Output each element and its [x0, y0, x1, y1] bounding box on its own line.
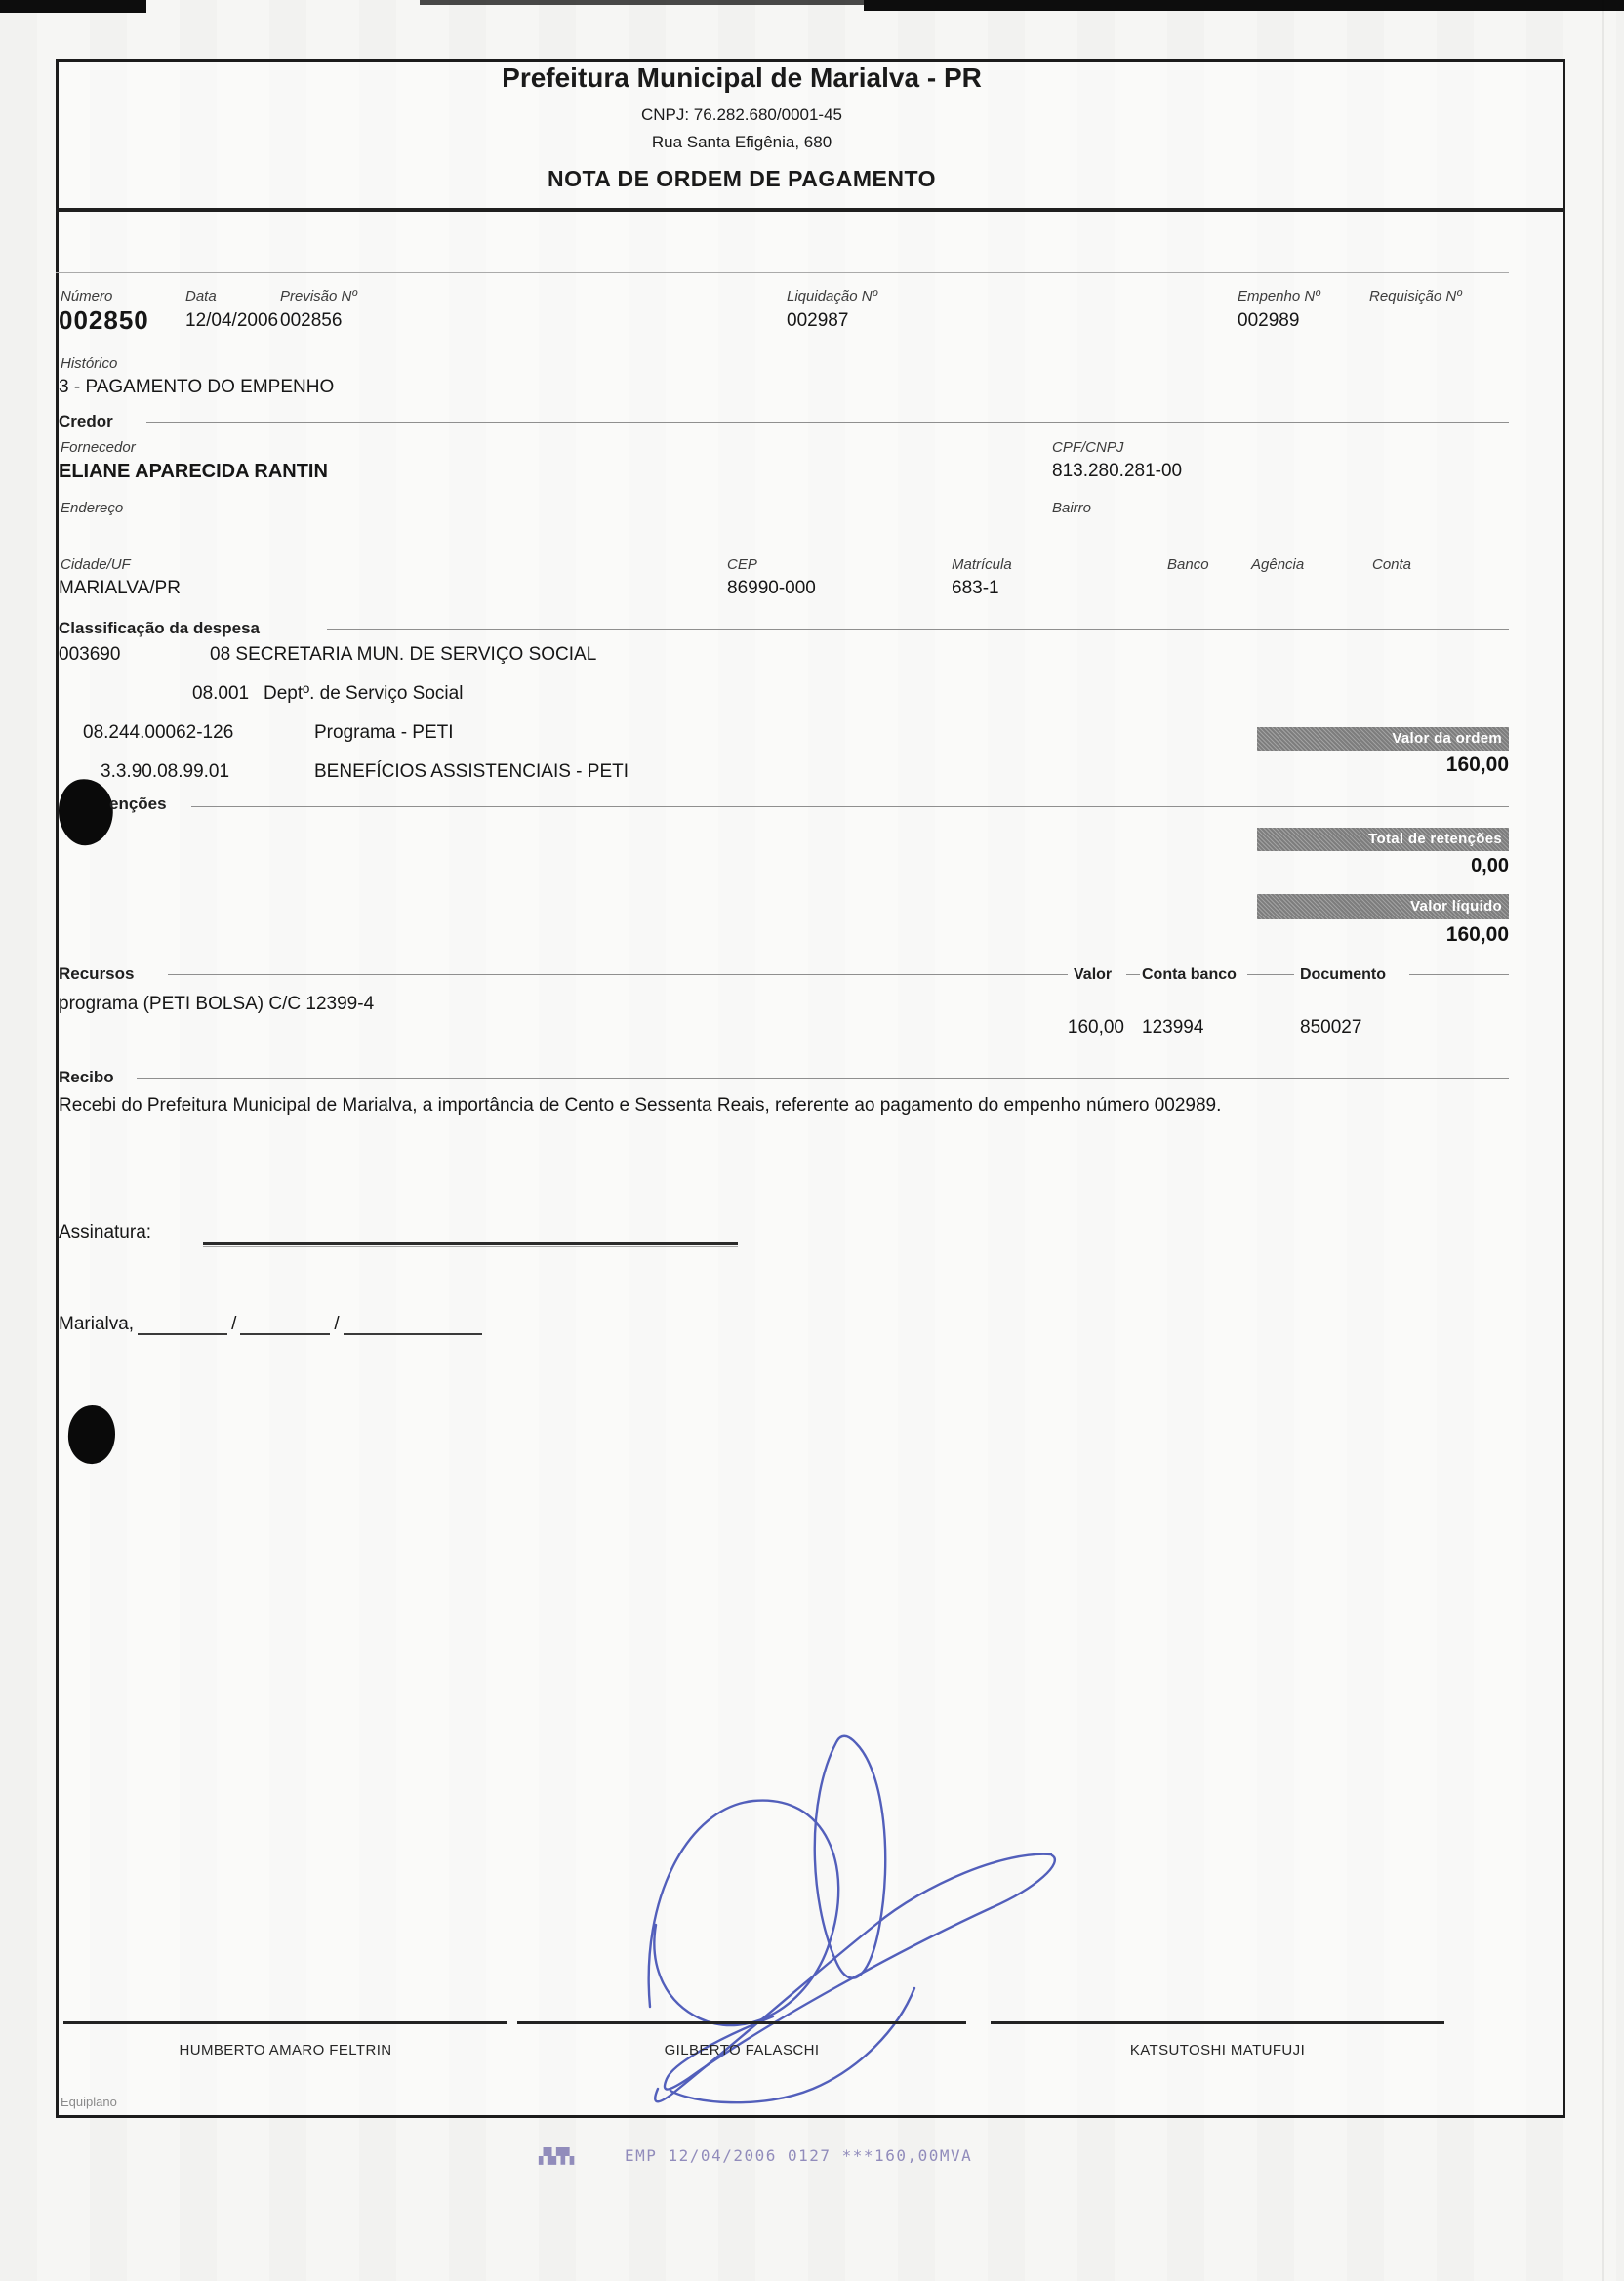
previsao-label: Previsão Nº [280, 288, 357, 305]
classificacao-section-label: Classificação da despesa [59, 619, 260, 638]
classificacao-row-desc: 08 SECRETARIA MUN. DE SERVIÇO SOCIAL [210, 644, 596, 666]
pen-signature [586, 1708, 1132, 2138]
signature-line-right [991, 2021, 1444, 2024]
classificacao-row-code: 003690 [59, 644, 120, 666]
total-retencoes-bar: Total de retenções [1257, 828, 1509, 851]
signer-name-center: GILBERTO FALASCHI [517, 2042, 966, 2058]
classificacao-row-code: 08.244.00062-126 [83, 722, 233, 744]
requisicao-label: Requisição Nº [1369, 288, 1462, 305]
credor-divider [146, 422, 1509, 423]
credor-section-label: Credor [59, 412, 113, 431]
cep-label: CEP [727, 556, 757, 573]
conta-label: Conta [1372, 556, 1411, 573]
vendor-note: Equiplano [61, 2095, 117, 2109]
col-conta-label: Conta banco [1142, 966, 1237, 984]
matricula-label: Matrícula [952, 556, 1012, 573]
recursos-valor: 160,00 [1033, 1017, 1124, 1039]
cep-value: 86990-000 [727, 578, 816, 599]
classificacao-row-desc: Programa - PETI [314, 722, 454, 744]
banco-label: Banco [1167, 556, 1209, 573]
classificacao-row-desc: Deptº. de Serviço Social [264, 683, 463, 705]
classificacao-row-code: 3.3.90.08.99.01 [101, 761, 229, 783]
signer-name-right: KATSUTOSHI MATUFUJI [991, 2042, 1444, 2058]
fields-divider [56, 272, 1509, 273]
cpf-label: CPF/CNPJ [1052, 439, 1123, 456]
recursos-descricao: programa (PETI BOLSA) C/C 12399-4 [59, 994, 374, 1015]
recursos-documento: 850027 [1300, 1017, 1361, 1039]
retencoes-divider [191, 806, 1509, 807]
col-valor-label: Valor [1074, 966, 1112, 984]
org-address: Rua Santa Efigênia, 680 [56, 133, 1428, 152]
bairro-label: Bairro [1052, 500, 1091, 516]
numero-label: Número [61, 288, 112, 305]
signer-name-left: HUMBERTO AMARO FELTRIN [63, 2042, 507, 2058]
stamp-logo: ▞▙▜▚ [539, 2147, 574, 2165]
historico-value: 3 - PAGAMENTO DO EMPENHO [59, 377, 334, 398]
mes-blank-line [240, 1314, 330, 1335]
previsao-value: 002856 [280, 310, 342, 332]
total-retencoes-value: 0,00 [1314, 855, 1509, 877]
scan-artifact-top-right [864, 0, 1624, 11]
assinatura-line [203, 1242, 738, 1247]
valor-ordem-bar: Valor da ordem [1257, 727, 1509, 751]
scan-artifact-top-left [0, 0, 146, 13]
signature-line-center [517, 2021, 966, 2024]
matricula-value: 683-1 [952, 578, 999, 599]
recibo-texto: Recebi do Prefeitura Municipal de Marial… [59, 1095, 1221, 1117]
fornecedor-label: Fornecedor [61, 439, 136, 456]
data-local-line: Marialva, / / [59, 1314, 482, 1335]
liquidacao-value: 002987 [787, 310, 848, 332]
date-slash: / [231, 1314, 236, 1335]
date-slash: / [334, 1314, 339, 1335]
scan-page-edge [1602, 0, 1604, 2281]
recursos-divider [168, 974, 1068, 975]
ano-blank-line [344, 1314, 482, 1335]
recursos-dash-3 [1409, 974, 1509, 975]
recursos-dash-1 [1126, 974, 1140, 975]
cidade-data-label: Marialva, [59, 1314, 134, 1335]
scan-artifact-top-middle [420, 0, 869, 5]
cpf-value: 813.280.281-00 [1052, 461, 1182, 482]
data-label: Data [185, 288, 217, 305]
classificacao-row-desc: BENEFÍCIOS ASSISTENCIAIS - PETI [314, 761, 629, 783]
liquidacao-label: Liquidação Nº [787, 288, 877, 305]
empenho-value: 002989 [1238, 310, 1299, 332]
doc-title: NOTA DE ORDEM DE PAGAMENTO [56, 166, 1428, 192]
stamp-text: EMP 12/04/2006 0127 ***160,00MVA [625, 2146, 972, 2165]
data-value: 12/04/2006 [185, 310, 278, 332]
agencia-label: Agência [1251, 556, 1304, 573]
header-divider [56, 208, 1565, 212]
numero-value: 002850 [59, 305, 149, 336]
valor-liquido-value: 160,00 [1314, 923, 1509, 947]
historico-label: Histórico [61, 355, 117, 372]
org-cnpj: CNPJ: 76.282.680/0001-45 [56, 105, 1428, 125]
recursos-conta: 123994 [1142, 1017, 1203, 1039]
org-name: Prefeitura Municipal de Marialva - PR [56, 62, 1428, 94]
col-documento-label: Documento [1300, 966, 1386, 984]
endereco-label: Endereço [61, 500, 123, 516]
valor-ordem-value: 160,00 [1314, 754, 1509, 777]
retencoes-section-label: enções [109, 794, 167, 814]
valor-liquido-bar: Valor líquido [1257, 894, 1509, 919]
dia-blank-line [138, 1314, 227, 1335]
empenho-label: Empenho Nº [1238, 288, 1320, 305]
classificacao-divider [327, 629, 1509, 630]
recibo-section-label: Recibo [59, 1068, 114, 1087]
assinatura-label: Assinatura: [59, 1222, 151, 1243]
signature-line-left [63, 2021, 507, 2024]
recursos-section-label: Recursos [59, 964, 134, 984]
recursos-dash-2 [1247, 974, 1294, 975]
cidade-label: Cidade/UF [61, 556, 131, 573]
recibo-divider [137, 1078, 1509, 1079]
cidade-value: MARIALVA/PR [59, 578, 181, 599]
classificacao-row-code: 08.001 [192, 683, 249, 705]
fornecedor-value: ELIANE APARECIDA RANTIN [59, 461, 328, 483]
